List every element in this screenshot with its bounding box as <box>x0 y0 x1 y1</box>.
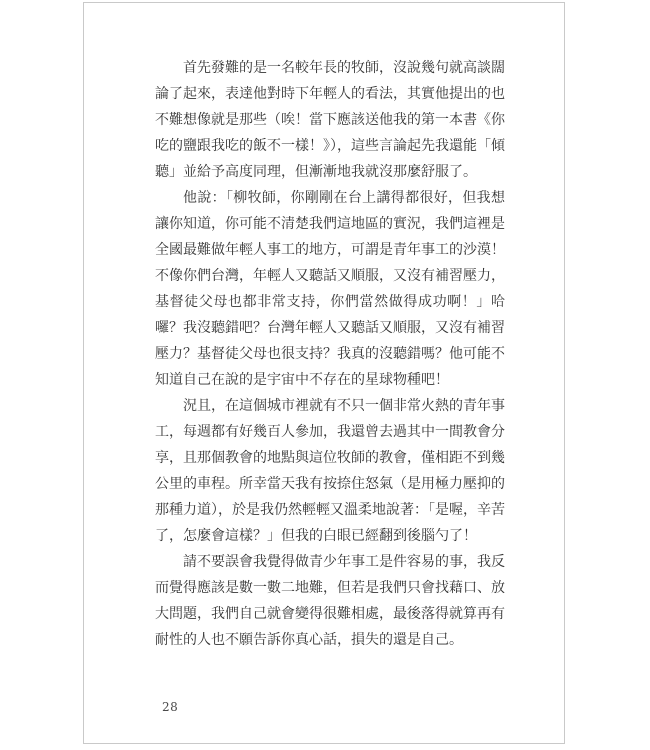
paragraph-2: 他說：「柳牧師，你剛剛在台上講得都很好，但我想讓你知道，你可能不清楚我們這地區的… <box>155 185 505 393</box>
page-number: 28 <box>162 700 178 714</box>
paragraph-3: 況且，在這個城市裡就有不只一個非常火熱的青年事工，每週都有好幾百人參加，我還曾去… <box>155 393 505 549</box>
paragraph-4: 請不要誤會我覺得做青少年事工是件容易的事，我反而覺得應該是數一數二地難，但若是我… <box>155 549 505 653</box>
body-text-block: 首先發難的是一名較年長的牧師，沒說幾句就高談闊論了起來，表達他對時下年輕人的看法… <box>155 55 505 653</box>
book-page-scan: 首先發難的是一名較年長的牧師，沒說幾句就高談闊論了起來，表達他對時下年輕人的看法… <box>0 0 650 750</box>
paragraph-1: 首先發難的是一名較年長的牧師，沒說幾句就高談闊論了起來，表達他對時下年輕人的看法… <box>155 55 505 185</box>
